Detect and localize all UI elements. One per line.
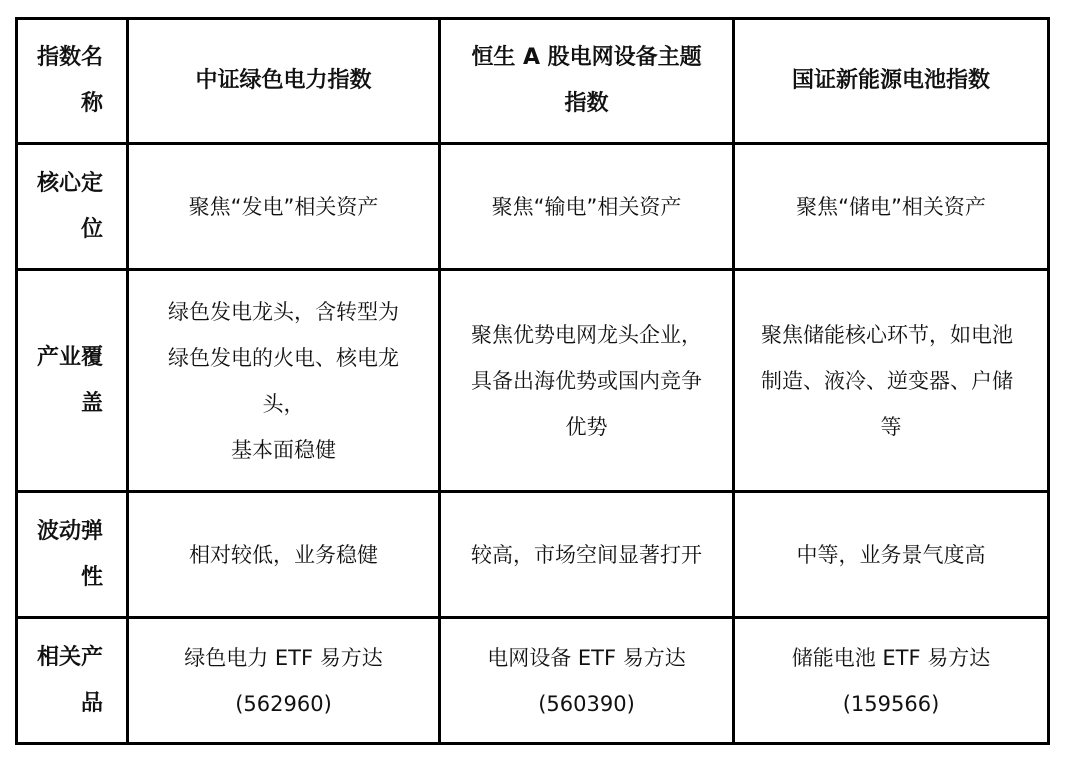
row-header-line1: 相关产	[37, 635, 103, 681]
cell-positioning-green-power: 聚焦“发电”相关资产	[129, 145, 438, 268]
product-name: 储能电池 ETF 易方达	[792, 635, 991, 681]
cell-positioning-grid: 聚焦“输电”相关资产	[441, 145, 732, 268]
cell-product-battery-etf: 储能电池 ETF 易方达 (159566)	[735, 619, 1047, 742]
row-header-index-name: 指数名 称	[18, 20, 126, 142]
column-header-cn-new-energy-battery: 国证新能源电池指数	[735, 20, 1047, 142]
row-header-line2: 性	[37, 555, 103, 601]
cell-volatility-grid: 较高，市场空间显著打开	[441, 493, 732, 616]
cell-text: 较高，市场空间显著打开	[471, 532, 702, 578]
product-code: (159566)	[792, 681, 991, 727]
product-code: (562960)	[184, 681, 383, 727]
cell-text: 相对较低，业务稳健	[189, 532, 378, 578]
column-header-text: 国证新能源电池指数	[792, 58, 990, 104]
cell-volatility-battery: 中等，业务景气度高	[735, 493, 1047, 616]
product-name: 电网设备 ETF 易方达	[487, 635, 686, 681]
cell-text: 中等，业务景气度高	[797, 532, 986, 578]
cell-product-grid-equipment-etf: 电网设备 ETF 易方达 (560390)	[441, 619, 732, 742]
cell-product-green-power-etf: 绿色电力 ETF 易方达 (562960)	[129, 619, 438, 742]
cell-text: 具备出海优势或国内竞争	[441, 358, 732, 404]
cell-text: 头，	[168, 381, 399, 427]
column-header-hang-seng-grid: 恒生 A 股电网设备主题 指数	[441, 20, 732, 142]
cell-text: 聚焦优势电网龙头企业，	[441, 312, 732, 358]
cell-coverage-green-power: 绿色发电龙头，含转型为 绿色发电的火电、核电龙 头， 基本面稳健	[129, 271, 438, 490]
cell-text: 聚焦“输电”相关资产	[492, 184, 682, 230]
column-header-text: 中证绿色电力指数	[195, 58, 371, 104]
row-header-line1: 核心定	[37, 161, 103, 207]
row-header-line1: 产业覆	[37, 335, 103, 381]
row-header-volatility: 波动弹 性	[18, 493, 126, 616]
cell-text: 聚焦储能核心环节，如电池	[735, 312, 1047, 358]
product-code: (560390)	[487, 681, 686, 727]
row-header-line2: 位	[37, 207, 103, 253]
product-name: 绿色电力 ETF 易方达	[184, 635, 383, 681]
row-header-industry-coverage: 产业覆 盖	[18, 271, 126, 490]
row-header-line2: 称	[37, 81, 103, 127]
column-header-text: 指数	[471, 81, 701, 127]
row-header-related-products: 相关产 品	[18, 619, 126, 742]
cell-text: 等	[735, 404, 1047, 450]
row-header-line2: 盖	[37, 381, 103, 427]
cell-positioning-battery: 聚焦“储电”相关资产	[735, 145, 1047, 268]
cell-volatility-green-power: 相对较低，业务稳健	[129, 493, 438, 616]
column-header-csi-green-power: 中证绿色电力指数	[129, 20, 438, 142]
cell-text: 基本面稳健	[168, 427, 399, 473]
cell-text: 绿色发电的火电、核电龙	[168, 335, 399, 381]
column-header-text: 恒生 A 股电网设备主题	[471, 35, 701, 81]
row-header-line1: 指数名	[37, 35, 103, 81]
cell-text: 聚焦“储电”相关资产	[796, 184, 986, 230]
cell-text: 制造、液冷、逆变器、户储	[735, 358, 1047, 404]
cell-text: 优势	[441, 404, 732, 450]
cell-text: 绿色发电龙头，含转型为	[168, 289, 399, 335]
row-header-line1: 波动弹	[37, 509, 103, 555]
row-header-core-positioning: 核心定 位	[18, 145, 126, 268]
comparison-table: 指数名 称 中证绿色电力指数 恒生 A 股电网设备主题 指数 国证新能源电池指数…	[15, 17, 1050, 745]
row-header-line2: 品	[37, 681, 103, 727]
cell-coverage-grid: 聚焦优势电网龙头企业， 具备出海优势或国内竞争 优势	[441, 271, 732, 490]
cell-coverage-battery: 聚焦储能核心环节，如电池 制造、液冷、逆变器、户储 等	[735, 271, 1047, 490]
cell-text: 聚焦“发电”相关资产	[189, 184, 379, 230]
